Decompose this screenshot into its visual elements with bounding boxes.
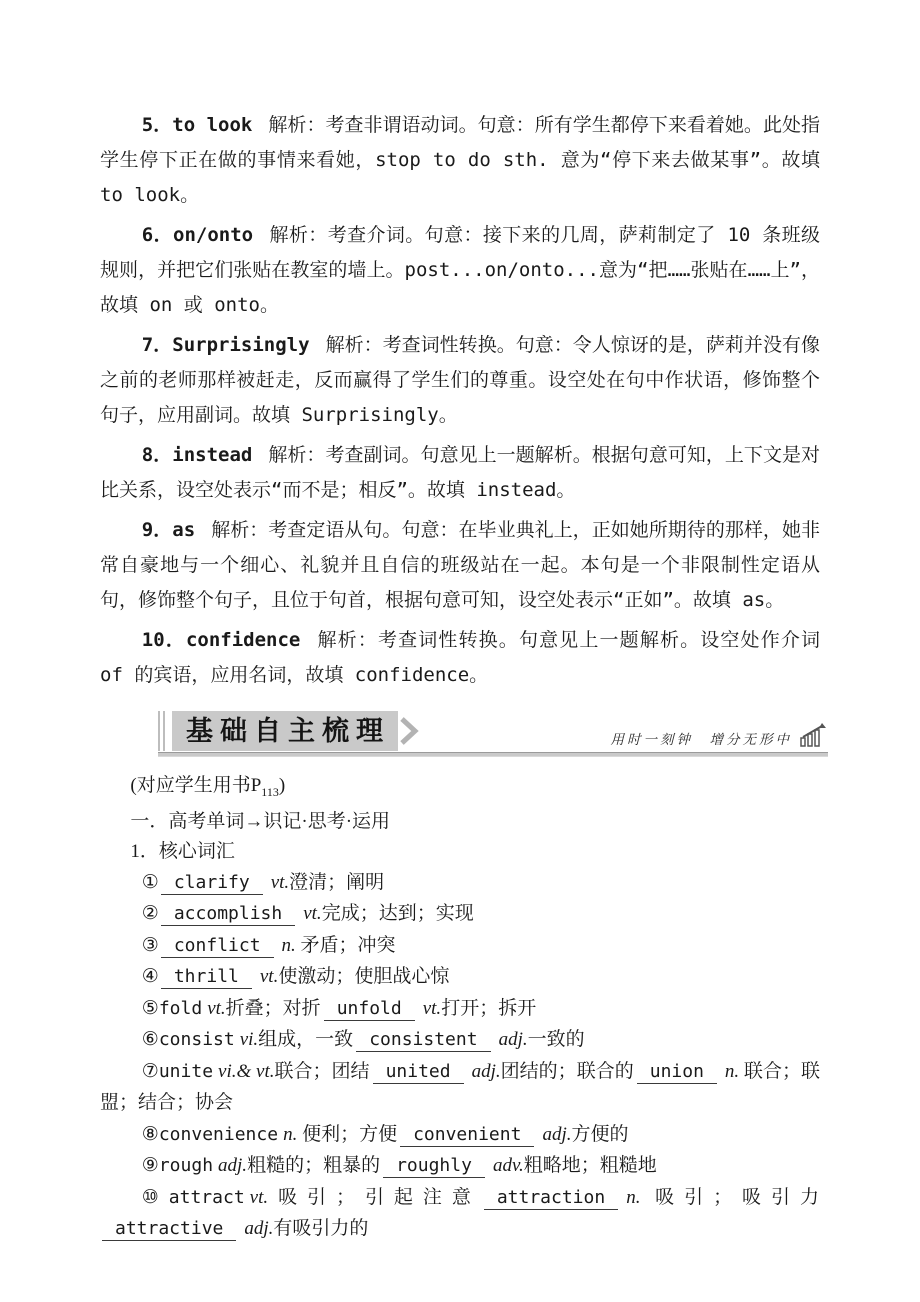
vocab-seg-circled: ⑨ (142, 1155, 159, 1176)
vocab-item: ④thrillvt.使激动；使胆战心惊 (100, 961, 820, 993)
vocab-seg-pos: vi.& vt. (218, 1061, 274, 1082)
vocab-seg-circled: ⑤ (142, 998, 159, 1019)
answer-label: 5．to look (142, 114, 253, 136)
vocab-seg-circled: ⑧ (142, 1124, 159, 1145)
vocab-seg-blank: attractive (102, 1218, 236, 1241)
vocab-seg-en: attract (169, 1187, 245, 1208)
vocab-seg-cn: 吸引；引起注意 (268, 1187, 481, 1208)
vocab-seg-cn: 团结的；联合的 (501, 1061, 634, 1082)
core-vocab-heading: 1．核心词汇 (100, 837, 820, 867)
vocab-seg-cn: 吸引；吸引力 (640, 1187, 819, 1208)
vocab-seg-cn: 矛盾；冲突 (296, 935, 396, 956)
vocab-item: ⑦unitevi.& vt.联合；团结unitedadj.团结的；联合的unio… (100, 1056, 820, 1119)
vocab-seg-pos: adj. (472, 1061, 501, 1082)
section-header: 基础自主梳理 用时一刻钟 增分无形中 (158, 711, 828, 757)
vocab-item: ⑥consistvi.组成，一致consistentadj.一致的 (100, 1024, 820, 1056)
section-banner-title: 基础自主梳理 (172, 711, 398, 751)
vocab-seg-blank: union (637, 1061, 717, 1084)
vocab-item: ⑧conveniencen. 便利；方便convenientadj.方便的 (100, 1119, 820, 1151)
vocab-seg-cn: 折叠；对折 (226, 998, 321, 1019)
vocab-item: ⑩attractvt.吸引；引起注意attractionn. 吸引；吸引力att… (100, 1182, 820, 1245)
vocab-seg-blank: attraction (484, 1187, 618, 1210)
answer-label: 6．on/onto (142, 224, 253, 246)
vocab-seg-circled: ① (142, 872, 159, 893)
vocab-seg-pos: vi. (240, 1029, 258, 1050)
vocab-seg-pos: vt. (271, 872, 289, 893)
vocab-seg-cn: 方便的 (571, 1124, 628, 1145)
vocab-seg-blank: thrill (161, 966, 252, 989)
vocab-seg-en: rough (159, 1155, 213, 1176)
vocab-seg-cn: 组成，一致 (258, 1029, 353, 1050)
reference-page-number: 113 (261, 785, 279, 799)
vocab-seg-pos: n. (725, 1061, 739, 1082)
vocab-seg-en: unite (159, 1061, 213, 1082)
vocab-seg-blank: convenient (400, 1124, 534, 1147)
vocab-seg-cn: 粗略地；粗糙地 (524, 1155, 657, 1176)
page-content: 5．to look解析：考查非谓语动词。句意：所有学生都停下来看着她。此处指学生… (0, 0, 920, 1245)
answer-paragraph: 7．Surprisingly解析：考查词性转换。句意：令人惊讶的是，萨莉并没有像… (100, 328, 820, 433)
vocab-seg-pos: adj. (218, 1155, 247, 1176)
vocab-item: ①clarifyvt.澄清；阐明 (100, 867, 820, 899)
answer-body: 解析：考查定语从句。句意：在毕业典礼上，正如她所期待的那样，她非常自豪地与一个细… (100, 519, 820, 611)
vocab-item: ⑤foldvt.折叠；对折unfoldvt.打开；拆开 (100, 993, 820, 1025)
document-page: 5．to look解析：考查非谓语动词。句意：所有学生都停下来看着她。此处指学生… (0, 0, 920, 1302)
answer-paragraph: 8．instead解析：考查副词。句意见上一题解析。根据句意可知，上下文是对比关… (100, 438, 820, 508)
vocab-seg-pos: n. (283, 1124, 297, 1145)
vocab-seg-pos: vt. (423, 998, 441, 1019)
vocab-seg-blank: unfold (324, 998, 415, 1021)
vocab-seg-pos: n. (282, 935, 296, 956)
vocab-seg-circled: ④ (142, 966, 159, 987)
bar-chart-up-arrow-icon (798, 723, 828, 752)
vocab-seg-cn: 有吸引力的 (273, 1218, 368, 1239)
answer-paragraph: 5．to look解析：考查非谓语动词。句意：所有学生都停下来看着她。此处指学生… (100, 108, 820, 213)
vocab-seg-circled: ⑦ (142, 1061, 159, 1082)
vocab-seg-pos: adj. (244, 1218, 273, 1239)
vocab-item: ③conflictn. 矛盾；冲突 (100, 930, 820, 962)
vocab-seg-cn: 一致的 (528, 1029, 585, 1050)
vocab-seg-cn: 澄清；阐明 (289, 872, 384, 893)
answers-section: 5．to look解析：考查非谓语动词。句意：所有学生都停下来看着她。此处指学生… (100, 108, 820, 693)
banner-left-bars-decoration (158, 711, 168, 751)
vocab-item: ②accomplishvt.完成；达到；实现 (100, 898, 820, 930)
vocab-seg-blank: accomplish (161, 903, 295, 926)
vocab-seg-pos: vt. (207, 998, 225, 1019)
vocab-seg-cn: 粗糙的；粗暴的 (247, 1155, 380, 1176)
vocab-seg-pos: vt. (250, 1187, 268, 1208)
vocab-seg-en: consist (159, 1029, 235, 1050)
vocab-seg-blank: roughly (383, 1155, 485, 1178)
header-underline (158, 752, 828, 757)
header-tagline-wrap: 用时一刻钟 增分无形中 (611, 723, 829, 752)
vocab-seg-pos: adj. (499, 1029, 528, 1050)
vocab-seg-blank: united (373, 1061, 464, 1084)
vocab-list: ①clarifyvt.澄清；阐明②accomplishvt.完成；达到；实现③c… (100, 867, 820, 1245)
vocab-seg-circled: ③ (142, 935, 159, 956)
answer-label: 9．as (142, 519, 195, 541)
reference-prefix: (对应学生用书P (130, 775, 261, 796)
vocab-seg-blank: clarify (161, 872, 263, 895)
vocab-seg-en: convenience (159, 1124, 278, 1145)
vocab-item: ⑨roughadj.粗糙的；粗暴的roughlyadv.粗略地；粗糙地 (100, 1150, 820, 1182)
vocab-seg-pos: adj. (542, 1124, 571, 1145)
vocab-seg-pos: vt. (260, 966, 278, 987)
vocab-seg-cn: 便利；方便 (297, 1124, 397, 1145)
vocab-seg-circled: ⑩ (142, 1187, 169, 1208)
vocab-seg-blank: consistent (356, 1029, 490, 1052)
vocab-seg-en: fold (159, 998, 202, 1019)
vocab-seg-circled: ⑥ (142, 1029, 159, 1050)
vocab-seg-pos: n. (626, 1187, 640, 1208)
answer-label: 8．instead (142, 444, 253, 466)
answer-paragraph: 9．as解析：考查定语从句。句意：在毕业典礼上，正如她所期待的那样，她非常自豪地… (100, 513, 820, 618)
answer-paragraph: 10．confidence解析：考查词性转换。句意见上一题解析。设空处作介词 o… (100, 623, 820, 693)
vocab-seg-cn: 完成；达到；实现 (322, 903, 474, 924)
vocab-seg-cn: 打开；拆开 (441, 998, 536, 1019)
chevron-right-icon (398, 711, 424, 751)
reference-suffix: ) (279, 775, 285, 796)
answer-label: 7．Surprisingly (142, 334, 310, 356)
answer-paragraph: 6．on/onto解析：考查介词。句意：接下来的几周，萨莉制定了 10 条班级规… (100, 218, 820, 323)
vocab-seg-pos: adv. (493, 1155, 524, 1176)
header-tagline: 用时一刻钟 增分无形中 (611, 732, 793, 747)
unit-heading: 一．高考单词→识记·思考·运用 (100, 807, 820, 837)
vocab-seg-circled: ② (142, 903, 159, 924)
student-book-reference: (对应学生用书P113) (100, 771, 820, 807)
vocab-seg-cn: 联合；团结 (275, 1061, 370, 1082)
answer-label: 10．confidence (142, 629, 301, 651)
vocab-seg-pos: vt. (303, 903, 321, 924)
vocab-seg-blank: conflict (161, 935, 274, 958)
vocab-seg-cn: 使激动；使胆战心惊 (278, 966, 449, 987)
